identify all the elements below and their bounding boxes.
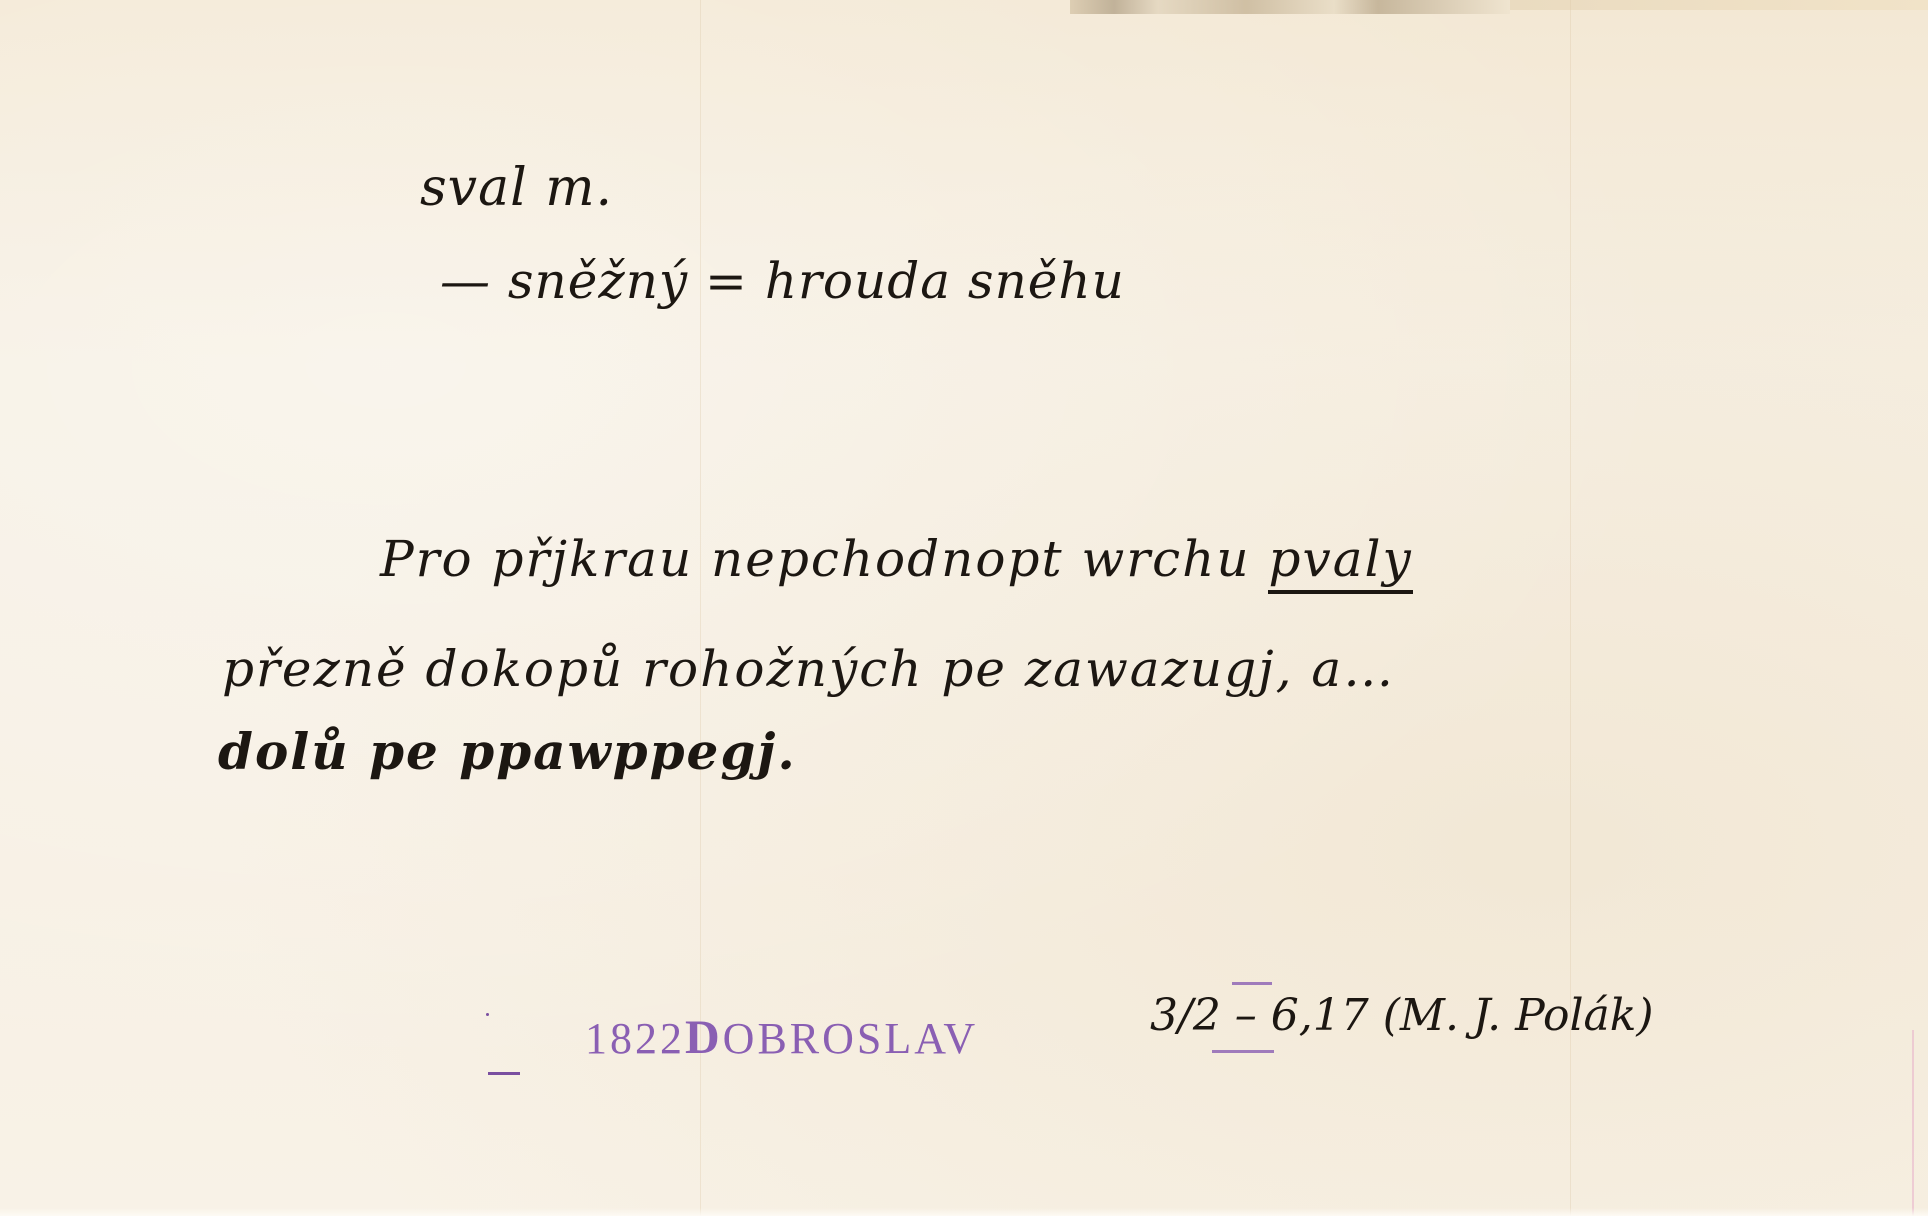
top-edge-shadow xyxy=(1070,0,1510,14)
quotation-line-1-text: Pro přjkrau nepchodnopt wrchu xyxy=(380,530,1268,588)
source-reference: 3/2 – 6,17 (M. J. Polák) xyxy=(1150,990,1654,1041)
stamp-overline xyxy=(1232,982,1272,985)
headword: sval m. xyxy=(420,158,613,218)
quotation-line-1: Pro přjkrau nepchodnopt wrchu pvaly xyxy=(380,530,1413,588)
top-edge-strip xyxy=(1510,0,1928,10)
quotation-underlined-word: pvaly xyxy=(1268,530,1412,594)
bottom-edge xyxy=(0,1208,1928,1216)
stamp-name: OBROSLAV xyxy=(723,1014,978,1063)
stamp-number: 1822 xyxy=(585,1014,685,1063)
definition: — sněžný = hrouda sněhu xyxy=(440,252,1125,310)
quotation-line-2: přezně dokopů rohožných pe zawazugj, a… xyxy=(222,640,1395,698)
stamp-underline xyxy=(1212,1050,1274,1053)
margin-line xyxy=(1912,1030,1914,1216)
quotation-line-3: dolů pe ppawppegj. xyxy=(218,722,797,781)
margin-mark xyxy=(488,1072,520,1075)
margin-dot xyxy=(486,1013,489,1016)
document-slip: sval m. — sněžný = hrouda sněhu Pro přjk… xyxy=(0,0,1928,1216)
source-stamp: 1822DOBROSLAV xyxy=(585,1010,978,1065)
stamp-initial: D xyxy=(685,1011,723,1064)
